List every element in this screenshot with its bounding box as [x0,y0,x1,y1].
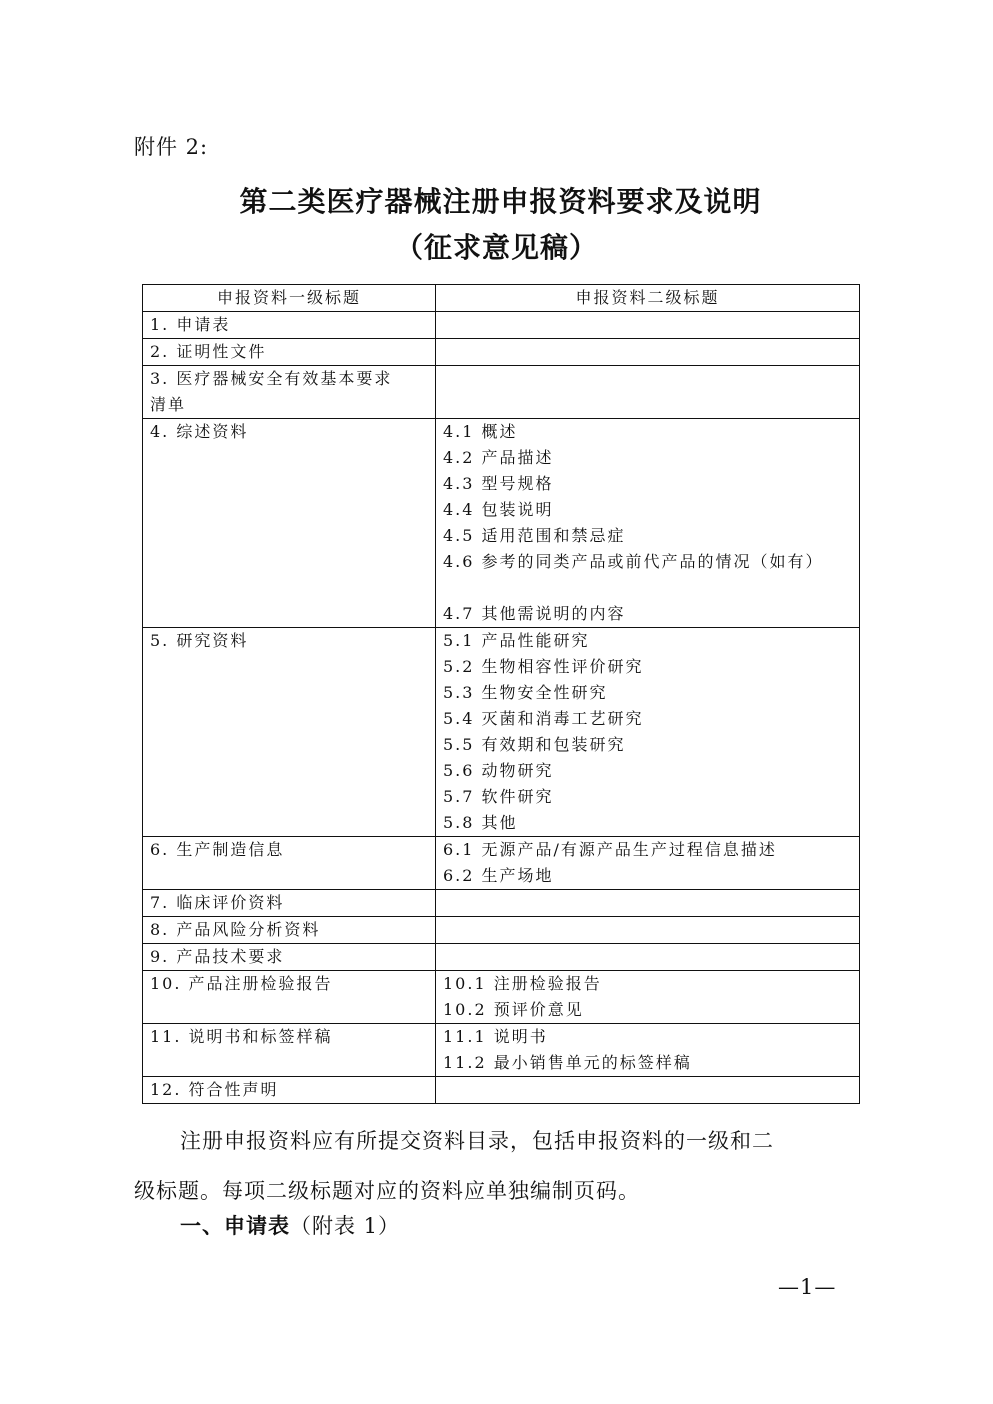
level1-cell: 1. 申请表 [143,312,436,339]
level2-text [443,575,852,601]
level2-text [443,917,852,943]
level2-text: 5.8 其他 [443,810,852,836]
table-row: 8. 产品风险分析资料 [143,917,860,944]
table-row: 3. 医疗器械安全有效基本要求清单 [143,366,860,419]
level2-text: 4.6 参考的同类产品或前代产品的情况（如有） [443,549,852,575]
table-row: 2. 证明性文件 [143,339,860,366]
level1-text [150,680,428,706]
level2-text: 11.1 说明书 [443,1024,852,1050]
level2-cell [436,944,860,971]
document-title: 第二类医疗器械注册申报资料要求及说明 [4,180,993,220]
section-title: 一、申请表 [180,1214,290,1238]
level2-text [443,944,852,970]
level1-text [150,575,428,601]
header-level2: 申报资料二级标题 [436,285,860,312]
level1-text [150,471,428,497]
level1-cell: 11. 说明书和标签样稿 [143,1024,436,1077]
level1-cell: 8. 产品风险分析资料 [143,917,436,944]
level1-text: 10. 产品注册检验报告 [150,971,428,997]
table-header-row: 申报资料一级标题 申报资料二级标题 [143,285,860,312]
level2-text [443,339,852,365]
level2-text: 4.5 适用范围和禁忌症 [443,523,852,549]
level2-text [443,312,852,338]
level1-cell: 3. 医疗器械安全有效基本要求清单 [143,366,436,419]
paragraph-text-1: 注册申报资料应有所提交资料目录，包括申报资料的一级和二 [180,1129,774,1153]
level2-text: 4.1 概述 [443,419,852,445]
level1-text: 5. 研究资料 [150,628,428,654]
level2-text [443,392,852,418]
level1-text: 4. 综述资料 [150,419,428,445]
section-note: （附表 1） [290,1214,400,1238]
level1-text [150,810,428,836]
table-row: 5. 研究资料5.1 产品性能研究5.2 生物相容性评价研究5.3 生物安全性研… [143,628,860,837]
level2-text: 5.5 有效期和包装研究 [443,732,852,758]
level1-cell: 2. 证明性文件 [143,339,436,366]
level2-text: 5.1 产品性能研究 [443,628,852,654]
level1-text [150,549,428,575]
level2-cell [436,1077,860,1104]
attachment-label: 附件 2: [134,131,208,161]
level2-cell: 4.1 概述4.2 产品描述4.3 型号规格4.4 包装说明4.5 适用范围和禁… [436,419,860,628]
table-row: 10. 产品注册检验报告10.1 注册检验报告10.2 预评价意见 [143,971,860,1024]
requirements-table: 申报资料一级标题 申报资料二级标题 1. 申请表2. 证明性文件3. 医疗器械安… [142,284,860,1104]
level1-text [150,706,428,732]
level1-text: 清单 [150,392,428,418]
level2-cell: 10.1 注册检验报告10.2 预评价意见 [436,971,860,1024]
level1-text [150,863,428,889]
paragraph-line-2: 级标题。每项二级标题对应的资料应单独编制页码。 [134,1166,860,1216]
level2-cell: 5.1 产品性能研究5.2 生物相容性评价研究5.3 生物安全性研究5.4 灭菌… [436,628,860,837]
table-row: 6. 生产制造信息6.1 无源产品/有源产品生产过程信息描述6.2 生产场地 [143,837,860,890]
table-row: 12. 符合性声明 [143,1077,860,1104]
level2-text: 4.2 产品描述 [443,445,852,471]
level2-text: 4.4 包装说明 [443,497,852,523]
level2-text [443,366,852,392]
level2-text: 5.7 软件研究 [443,784,852,810]
level2-text: 10.1 注册检验报告 [443,971,852,997]
level2-text: 11.2 最小销售单元的标签样稿 [443,1050,852,1076]
level2-text: 5.6 动物研究 [443,758,852,784]
level2-cell [436,890,860,917]
paragraph-line-1: 注册申报资料应有所提交资料目录，包括申报资料的一级和二 [134,1116,860,1166]
level1-text: 11. 说明书和标签样稿 [150,1024,428,1050]
level2-text [443,890,852,916]
level1-cell: 6. 生产制造信息 [143,837,436,890]
level2-text: 10.2 预评价意见 [443,997,852,1023]
table-row: 7. 临床评价资料 [143,890,860,917]
level1-text: 3. 医疗器械安全有效基本要求 [150,366,428,392]
level1-cell: 7. 临床评价资料 [143,890,436,917]
level1-text: 9. 产品技术要求 [150,944,428,970]
level1-cell: 12. 符合性声明 [143,1077,436,1104]
level2-text: 4.7 其他需说明的内容 [443,601,852,627]
level2-cell [436,312,860,339]
level1-cell: 9. 产品技术要求 [143,944,436,971]
table-row: 11. 说明书和标签样稿11.1 说明书11.2 最小销售单元的标签样稿 [143,1024,860,1077]
level1-cell: 5. 研究资料 [143,628,436,837]
table-row: 1. 申请表 [143,312,860,339]
level1-text: 12. 符合性声明 [150,1077,428,1103]
level2-cell: 6.1 无源产品/有源产品生产过程信息描述6.2 生产场地 [436,837,860,890]
level1-text [150,601,428,627]
document-subtitle: （征求意见稿） [0,226,993,266]
level1-text [150,654,428,680]
level2-text: 6.2 生产场地 [443,863,852,889]
level1-text: 7. 临床评价资料 [150,890,428,916]
level2-cell [436,366,860,419]
level1-text: 2. 证明性文件 [150,339,428,365]
level2-text [443,1077,852,1103]
section-heading: 一、申请表（附表 1） [180,1210,400,1240]
table-row: 4. 综述资料4.1 概述4.2 产品描述4.3 型号规格4.4 包装说明4.5… [143,419,860,628]
level1-text [150,997,428,1023]
level1-text [150,523,428,549]
table-body: 1. 申请表2. 证明性文件3. 医疗器械安全有效基本要求清单4. 综述资料4.… [143,312,860,1104]
level2-text: 4.3 型号规格 [443,471,852,497]
level1-text [150,732,428,758]
level1-text [150,497,428,523]
level2-text: 5.2 生物相容性评价研究 [443,654,852,680]
table-row: 9. 产品技术要求 [143,944,860,971]
header-level1: 申报资料一级标题 [143,285,436,312]
level2-text: 6.1 无源产品/有源产品生产过程信息描述 [443,837,852,863]
level1-text: 1. 申请表 [150,312,428,338]
level2-text: 5.3 生物安全性研究 [443,680,852,706]
level1-text: 8. 产品风险分析资料 [150,917,428,943]
level1-text [150,758,428,784]
level1-text [150,784,428,810]
level2-cell [436,339,860,366]
level1-cell: 10. 产品注册检验报告 [143,971,436,1024]
page-number: —1— [778,1275,836,1299]
level2-cell [436,917,860,944]
level1-cell: 4. 综述资料 [143,419,436,628]
level2-cell: 11.1 说明书11.2 最小销售单元的标签样稿 [436,1024,860,1077]
level1-text: 6. 生产制造信息 [150,837,428,863]
level1-text [150,1050,428,1076]
level1-text [150,445,428,471]
level2-text: 5.4 灭菌和消毒工艺研究 [443,706,852,732]
